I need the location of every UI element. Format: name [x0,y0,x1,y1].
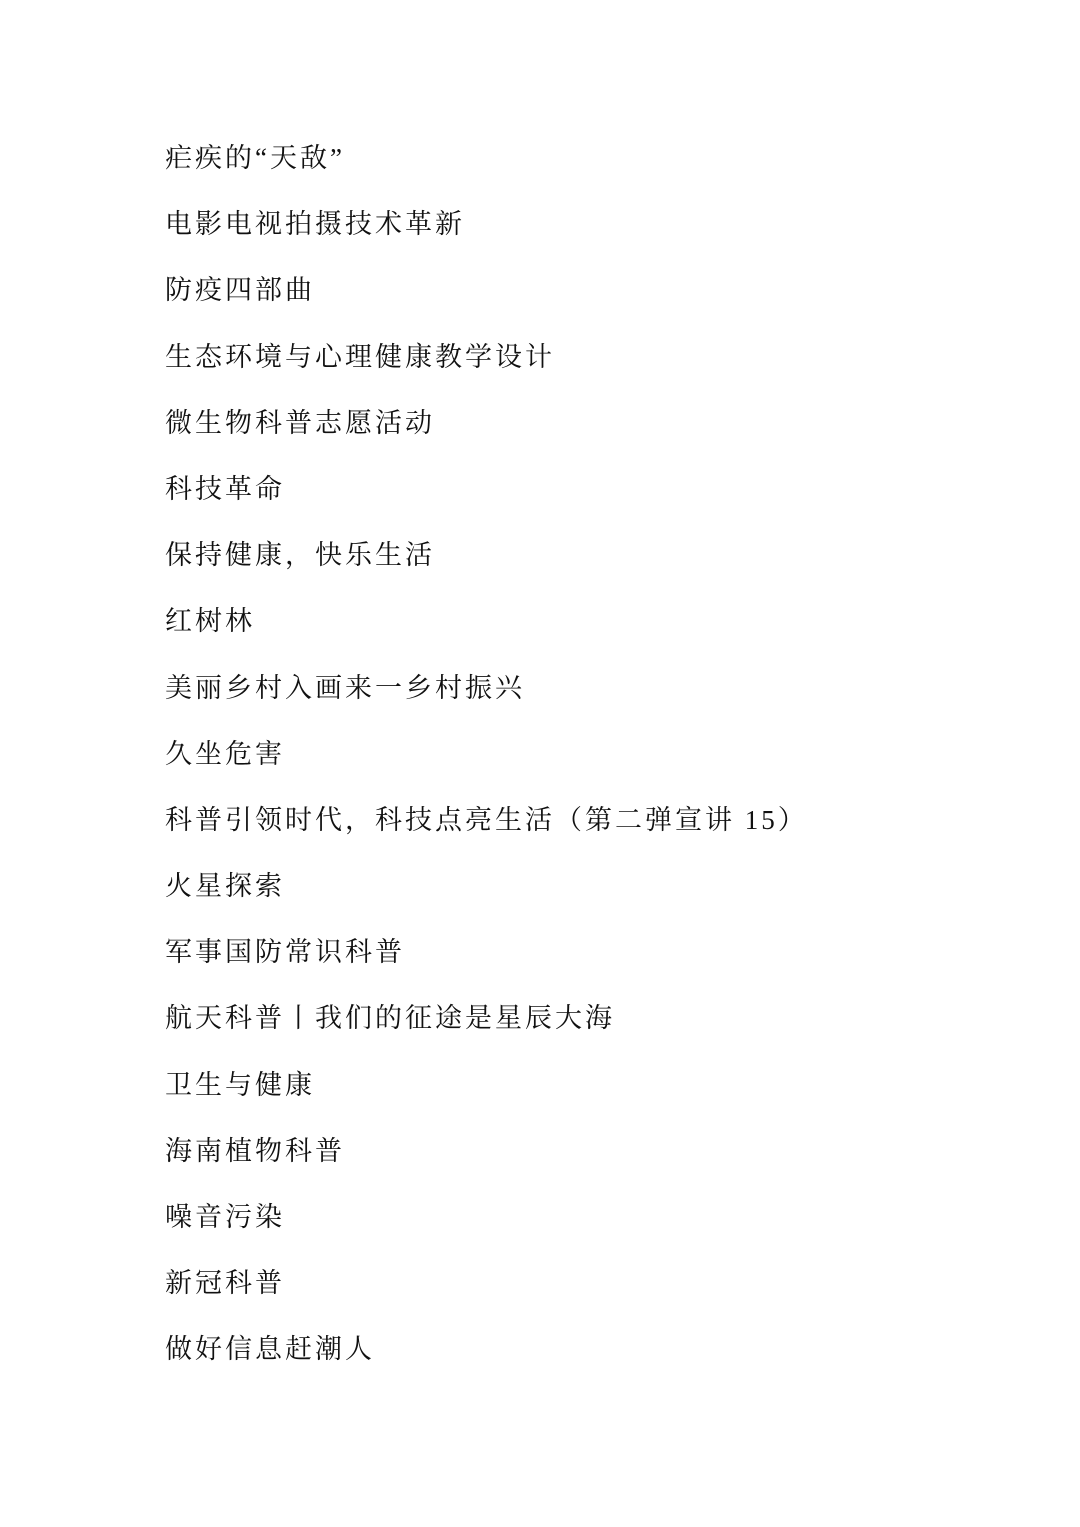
list-item: 疟疾的“天敌” [165,138,808,204]
topic-list: 疟疾的“天敌” 电影电视拍摄技术革新 防疫四部曲 生态环境与心理健康教学设计 微… [165,138,808,1396]
list-item: 电影电视拍摄技术革新 [165,204,808,270]
list-item: 红树林 [165,601,808,667]
list-item: 保持健康，快乐生活 [165,535,808,601]
list-item: 防疫四部曲 [165,270,808,336]
list-item: 海南植物科普 [165,1131,808,1197]
list-item: 科技革命 [165,469,808,535]
list-item: 微生物科普志愿活动 [165,403,808,469]
list-item: 航天科普丨我们的征途是星辰大海 [165,998,808,1064]
list-item: 军事国防常识科普 [165,932,808,998]
list-item: 科普引领时代，科技点亮生活（第二弹宣讲 15） [165,800,808,866]
list-item: 做好信息赶潮人 [165,1329,808,1395]
list-item: 生态环境与心理健康教学设计 [165,337,808,403]
list-item: 火星探索 [165,866,808,932]
list-item: 新冠科普 [165,1263,808,1329]
document-page: 疟疾的“天敌” 电影电视拍摄技术革新 防疫四部曲 生态环境与心理健康教学设计 微… [0,0,1080,1527]
list-item: 噪音污染 [165,1197,808,1263]
list-item: 久坐危害 [165,734,808,800]
list-item: 美丽乡村入画来一乡村振兴 [165,668,808,734]
list-item: 卫生与健康 [165,1065,808,1131]
